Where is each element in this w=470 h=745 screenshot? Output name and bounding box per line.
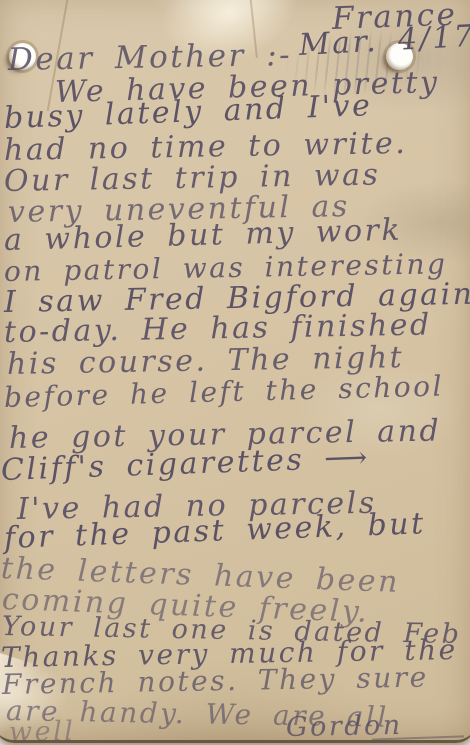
date-label: Mar. 4/17. bbox=[298, 21, 470, 61]
handwriting-line: French notes. They sure bbox=[2, 664, 429, 699]
postcard-photo: France Mar. 4/17. Dear Mother :- We have… bbox=[0, 0, 470, 745]
signature: Gordon bbox=[286, 712, 403, 741]
handwriting-line: well bbox=[9, 718, 76, 745]
